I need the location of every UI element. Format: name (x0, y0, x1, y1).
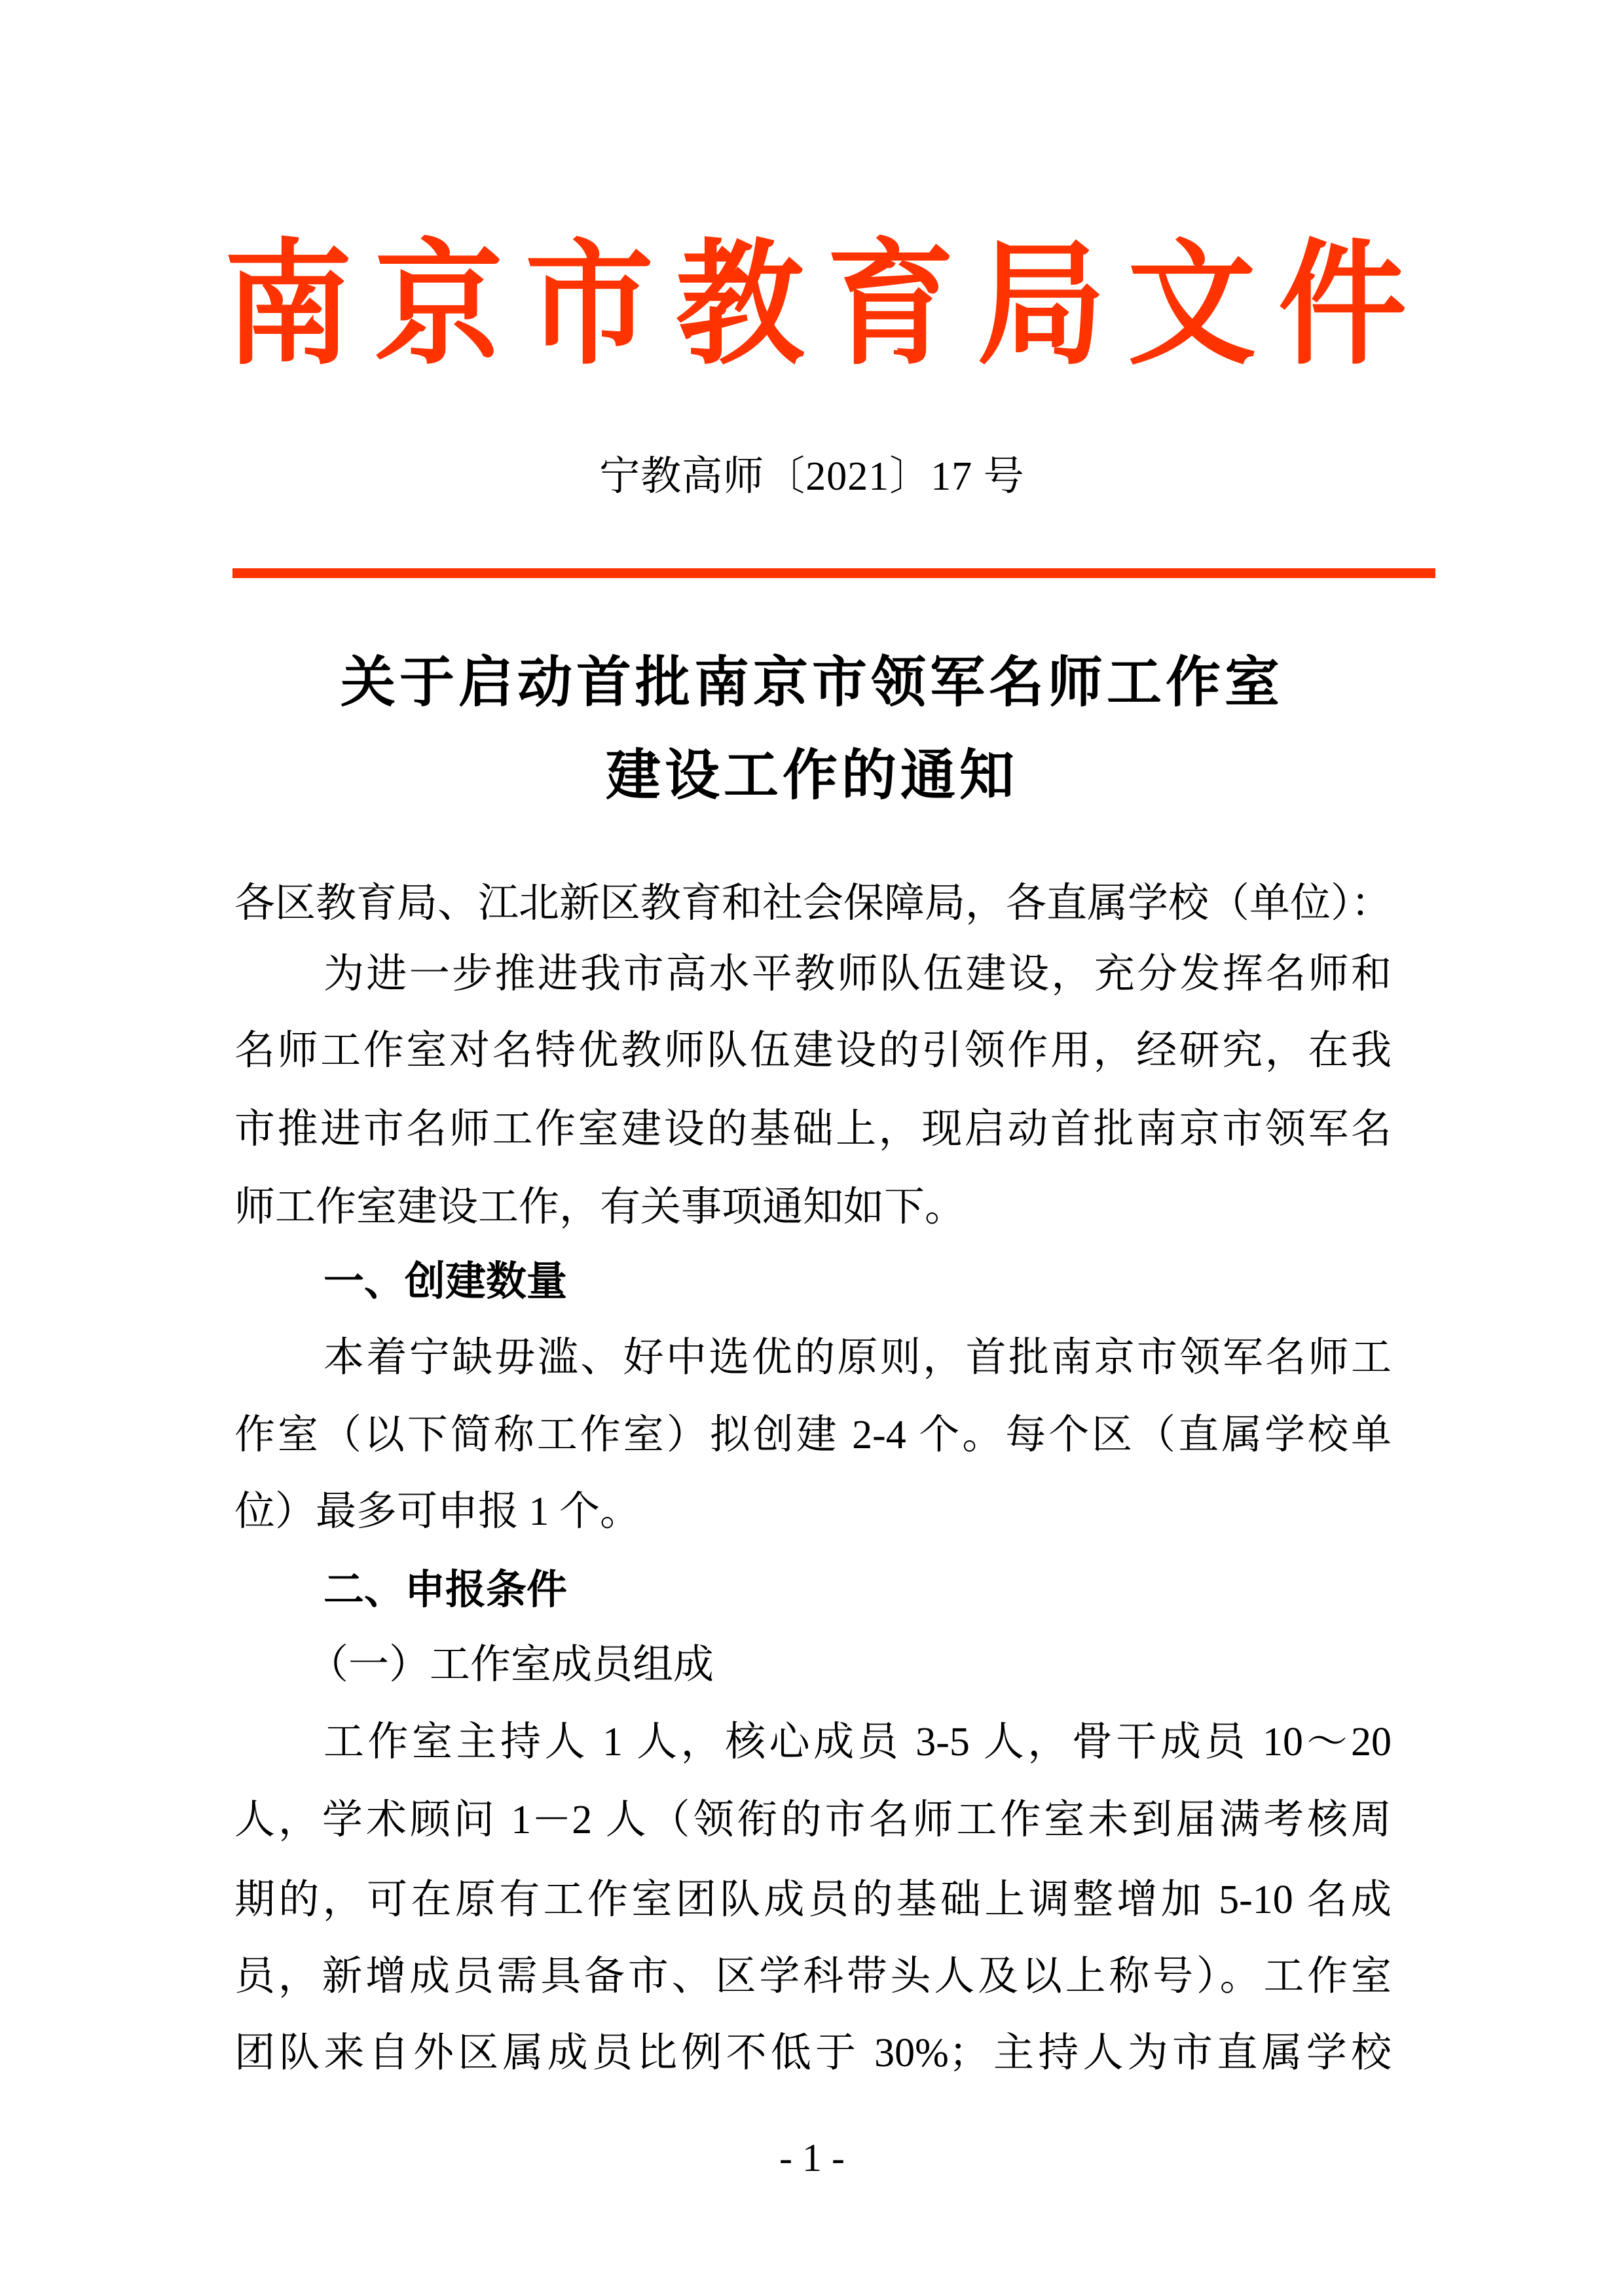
body-paragraph-line: 工作室主持人 1 人，核心成员 3-5 人，骨干成员 10～20 (323, 1716, 1392, 1768)
page-number: - 1 - (0, 2132, 1624, 2184)
body-paragraph-line: 期的，可在原有工作室团队成员的基础上调整增加 5-10 名成 (234, 1874, 1392, 1926)
masthead-title: 南 京 市 教 育 局 文 件 (223, 236, 1408, 373)
masthead-char: 件 (1277, 232, 1408, 377)
body-paragraph-line: 作室（以下简称工作室）拟创建 2-4 个。每个区（直属学校单 (234, 1409, 1392, 1461)
body-paragraph-line: 为进一步推进我市高水平教师队伍建设，充分发挥名师和 (323, 948, 1392, 1000)
body-paragraph-line: 团队来自外区属成员比例不低于 30%；主持人为市直属学校 (234, 2027, 1392, 2079)
red-divider-line (232, 568, 1435, 578)
body-paragraph-line: 师工作室建设工作，有关事项通知如下。 (234, 1181, 1392, 1233)
document-page: 南 京 市 教 育 局 文 件 宁教高师〔2021〕17 号 关于启动首批南京市… (0, 0, 1624, 2296)
masthead-char: 南 (223, 232, 354, 377)
masthead-char: 京 (373, 232, 504, 377)
body-paragraph-line: 本着宁缺毋滥、好中选优的原则，首批南京市领军名师工 (323, 1332, 1392, 1384)
body-paragraph-line: 位）最多可申报 1 个。 (234, 1485, 1392, 1538)
document-number: 宁教高师〔2021〕17 号 (0, 450, 1624, 503)
masthead-char: 局 (976, 232, 1107, 377)
document-title-line-1: 关于启动首批南京市领军名师工作室 (0, 649, 1624, 715)
body-paragraph-line: 名师工作室对名特优教师队伍建设的引领作用，经研究，在我 (234, 1025, 1392, 1077)
body-paragraph-line: 市推进市名师工作室建设的基础上，现启动首批南京市领军名 (234, 1103, 1392, 1156)
section-heading-2: 二、申报条件 (323, 1563, 1481, 1616)
body-paragraph-line: 员，新增成员需具备市、区学科带头人及以上称号）。工作室 (234, 1950, 1392, 2003)
body-paragraph-line: 人，学术顾问 1－2 人（领衔的市名师工作室未到届满考核周 (234, 1794, 1392, 1846)
salutation: 各区教育局、江北新区教育和社会保障局，各直属学校（单位）： (234, 877, 1392, 930)
document-title-line-2: 建设工作的通知 (0, 742, 1624, 808)
subsection-heading-1: （一）工作室成员组成 (308, 1639, 1465, 1691)
masthead-char: 文 (1126, 232, 1257, 377)
masthead-char: 教 (674, 232, 805, 377)
masthead-char: 育 (825, 232, 956, 377)
masthead-char: 市 (524, 232, 655, 377)
section-heading-1: 一、创建数量 (323, 1255, 1481, 1307)
